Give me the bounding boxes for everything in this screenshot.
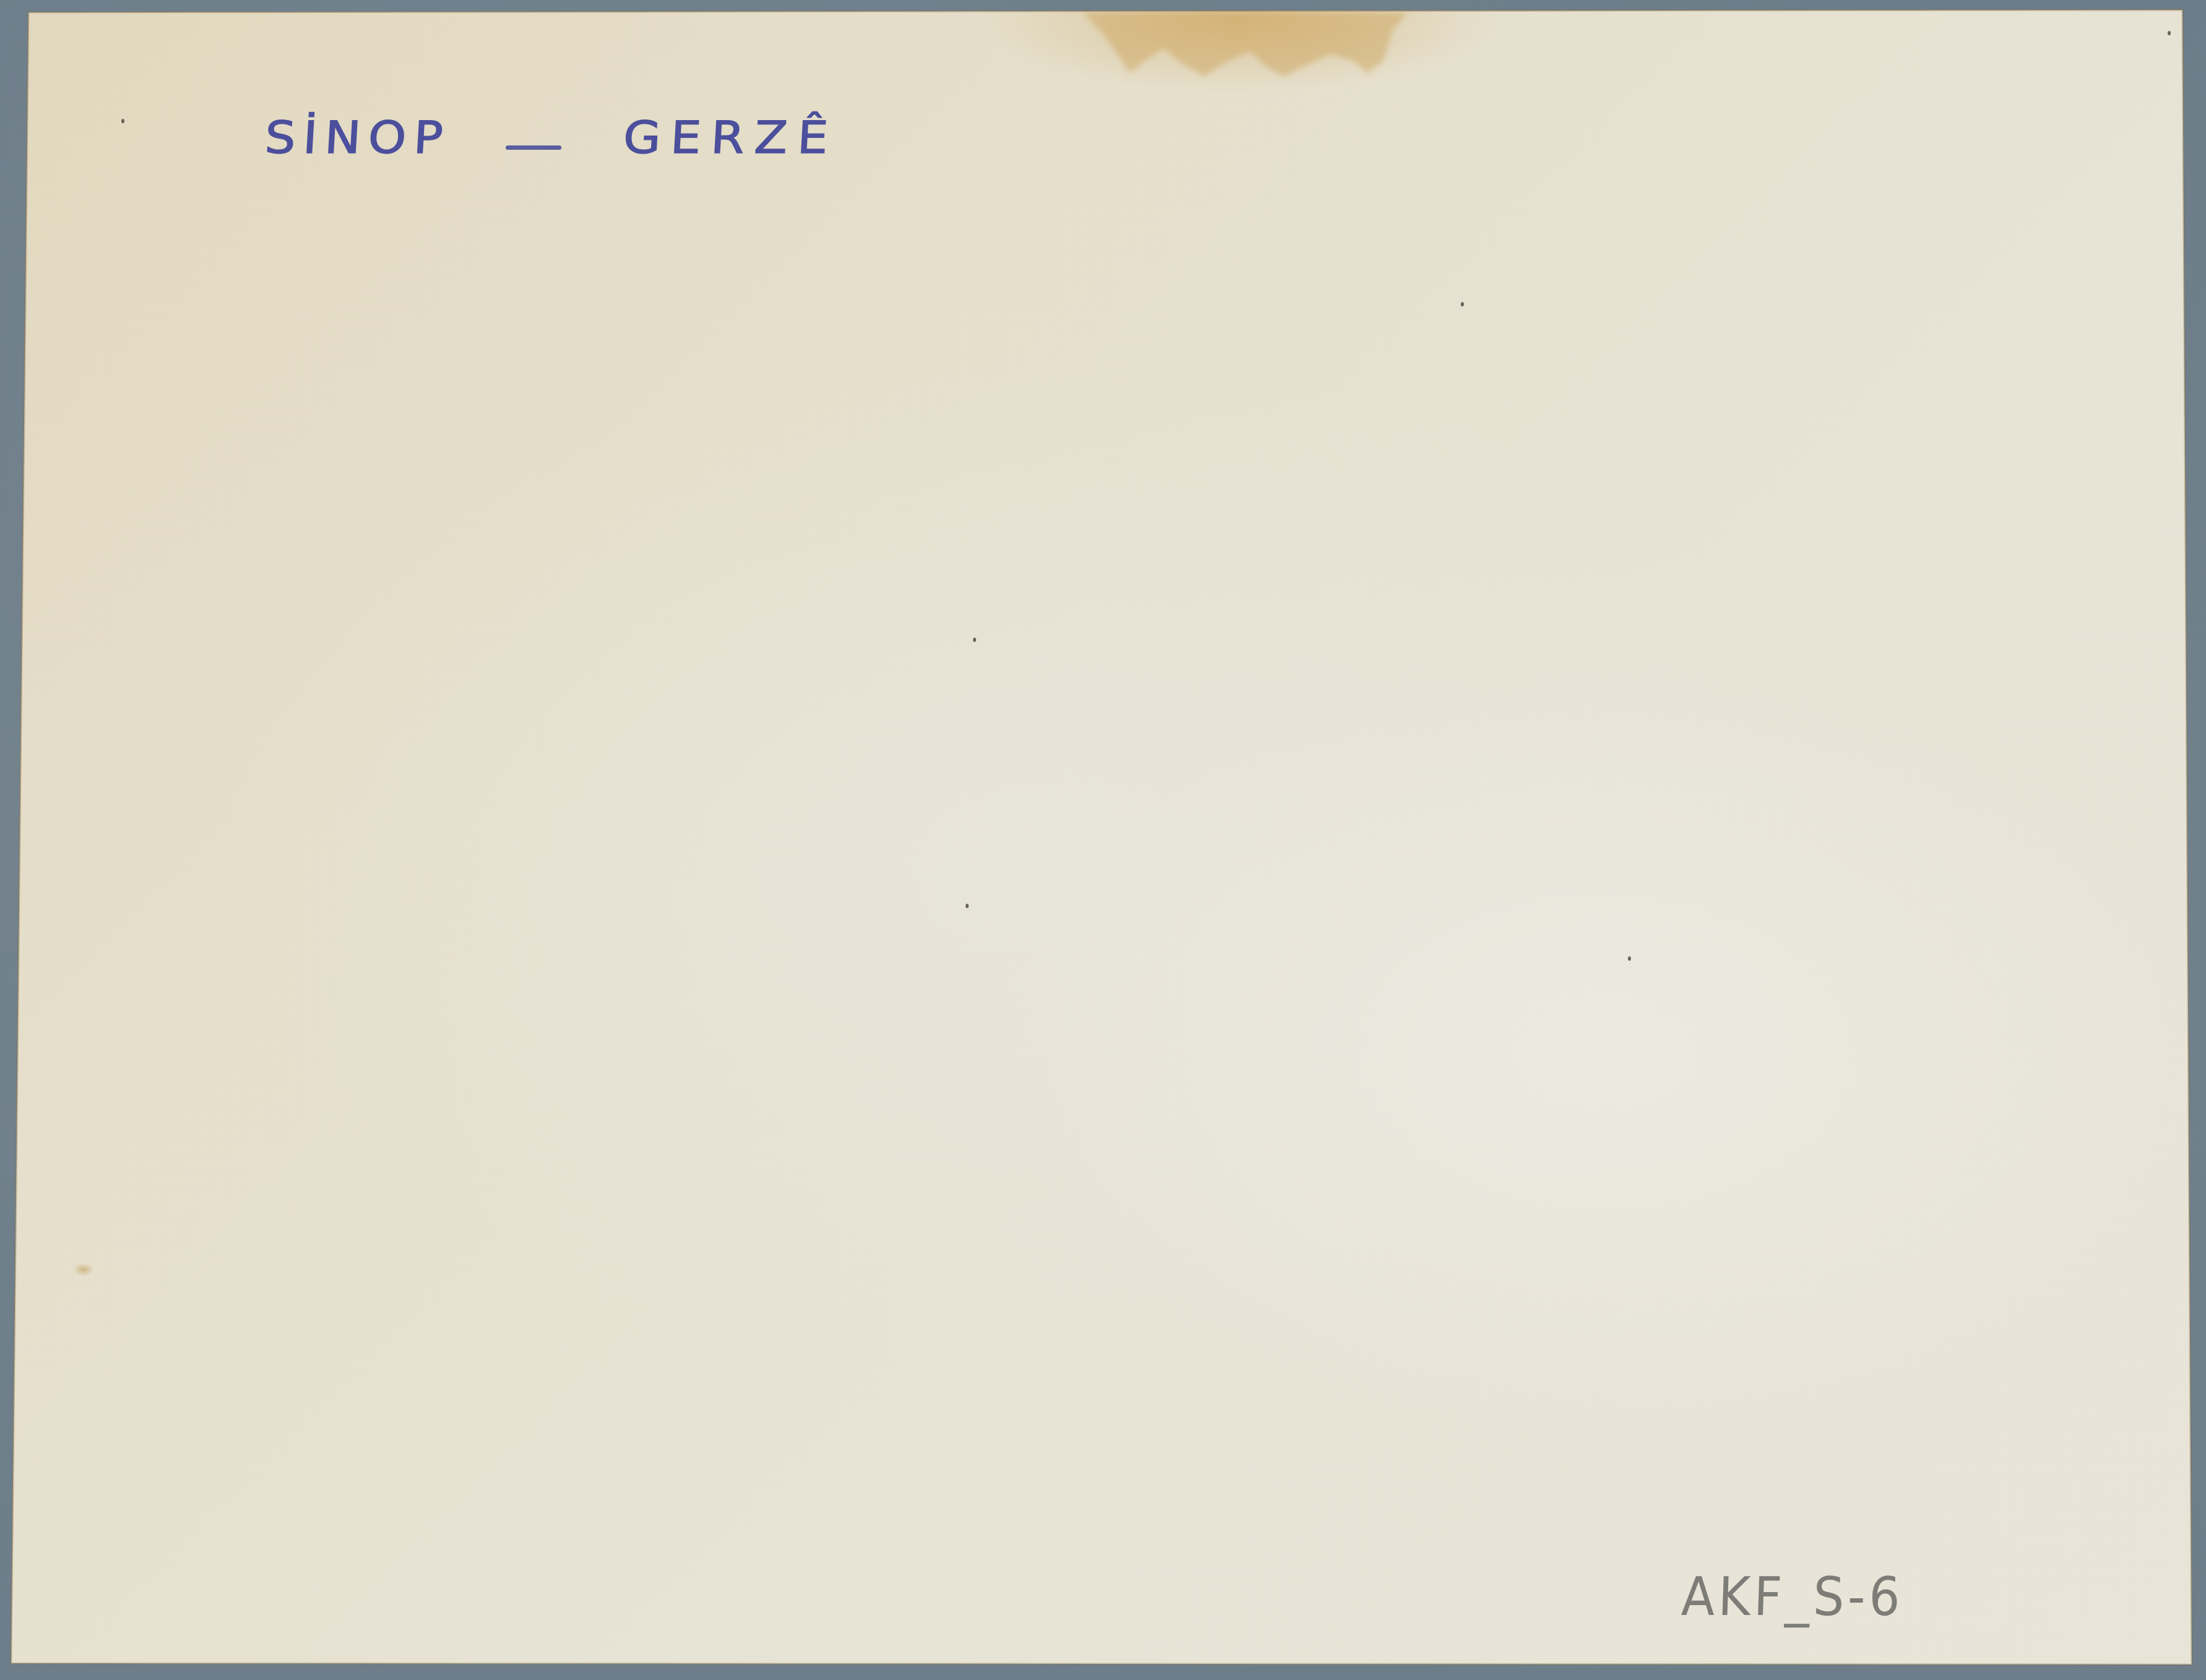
caption-separator (506, 145, 561, 150)
caption-locality: GERZÊ (622, 116, 839, 160)
paper-sheet (0, 0, 2206, 1680)
location-caption: SİNOP GERZÊ (265, 104, 838, 172)
caption-place: SİNOP (264, 116, 451, 160)
catalog-code: AKF_S-6 (1680, 1566, 1905, 1628)
